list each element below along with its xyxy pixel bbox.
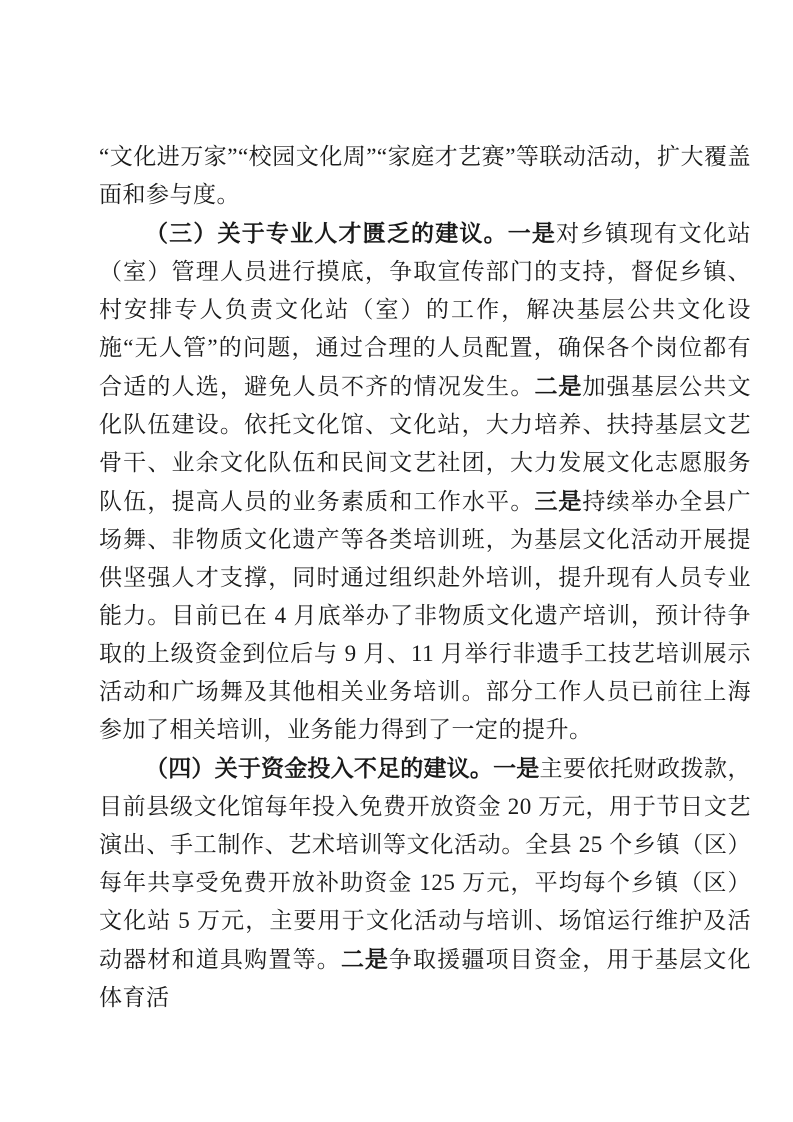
bold-text-run: 一是 [508, 220, 556, 246]
bold-text-run: 三是 [535, 488, 583, 514]
text-run: “文化进万家”“校园文化周”“家庭才艺赛”等联动活动，扩大覆盖面和参与度。 [99, 144, 751, 207]
paragraph: （四）关于资金投入不足的建议。一是主要依托财政拨款，目前县级文化馆每年投入免费开… [99, 749, 751, 1017]
document-body: “文化进万家”“校园文化周”“家庭才艺赛”等联动活动，扩大覆盖面和参与度。（三）… [99, 138, 751, 1017]
document-page: “文化进万家”“校园文化周”“家庭才艺赛”等联动活动，扩大覆盖面和参与度。（三）… [0, 0, 793, 1122]
paragraph: （三）关于专业人才匮乏的建议。一是对乡镇现有文化站（室）管理人员进行摸底，争取宣… [99, 214, 751, 749]
text-run: 主要依托财政拨款，目前县级文化馆每年投入免费开放资金 20 万元，用于节日文艺演… [99, 756, 751, 972]
bold-text-run: （三）关于专业人才匮乏的建议。 [145, 220, 508, 246]
bold-text-run: 二是 [535, 373, 583, 399]
bold-text-run: 二是 [341, 946, 389, 972]
bold-text-run: 一是 [493, 755, 539, 781]
text-run: 持续举办全县广场舞、非物质文化遗产等各类培训班，为基层文化活动开展提供坚强人才支… [99, 489, 751, 742]
text-run: 对乡镇现有文化站（室）管理人员进行摸底，争取宣传部门的支持，督促乡镇、村安排专人… [99, 221, 751, 399]
bold-text-run: （四）关于资金投入不足的建议。 [145, 755, 493, 781]
paragraph: “文化进万家”“校园文化周”“家庭才艺赛”等联动活动，扩大覆盖面和参与度。 [99, 138, 751, 214]
